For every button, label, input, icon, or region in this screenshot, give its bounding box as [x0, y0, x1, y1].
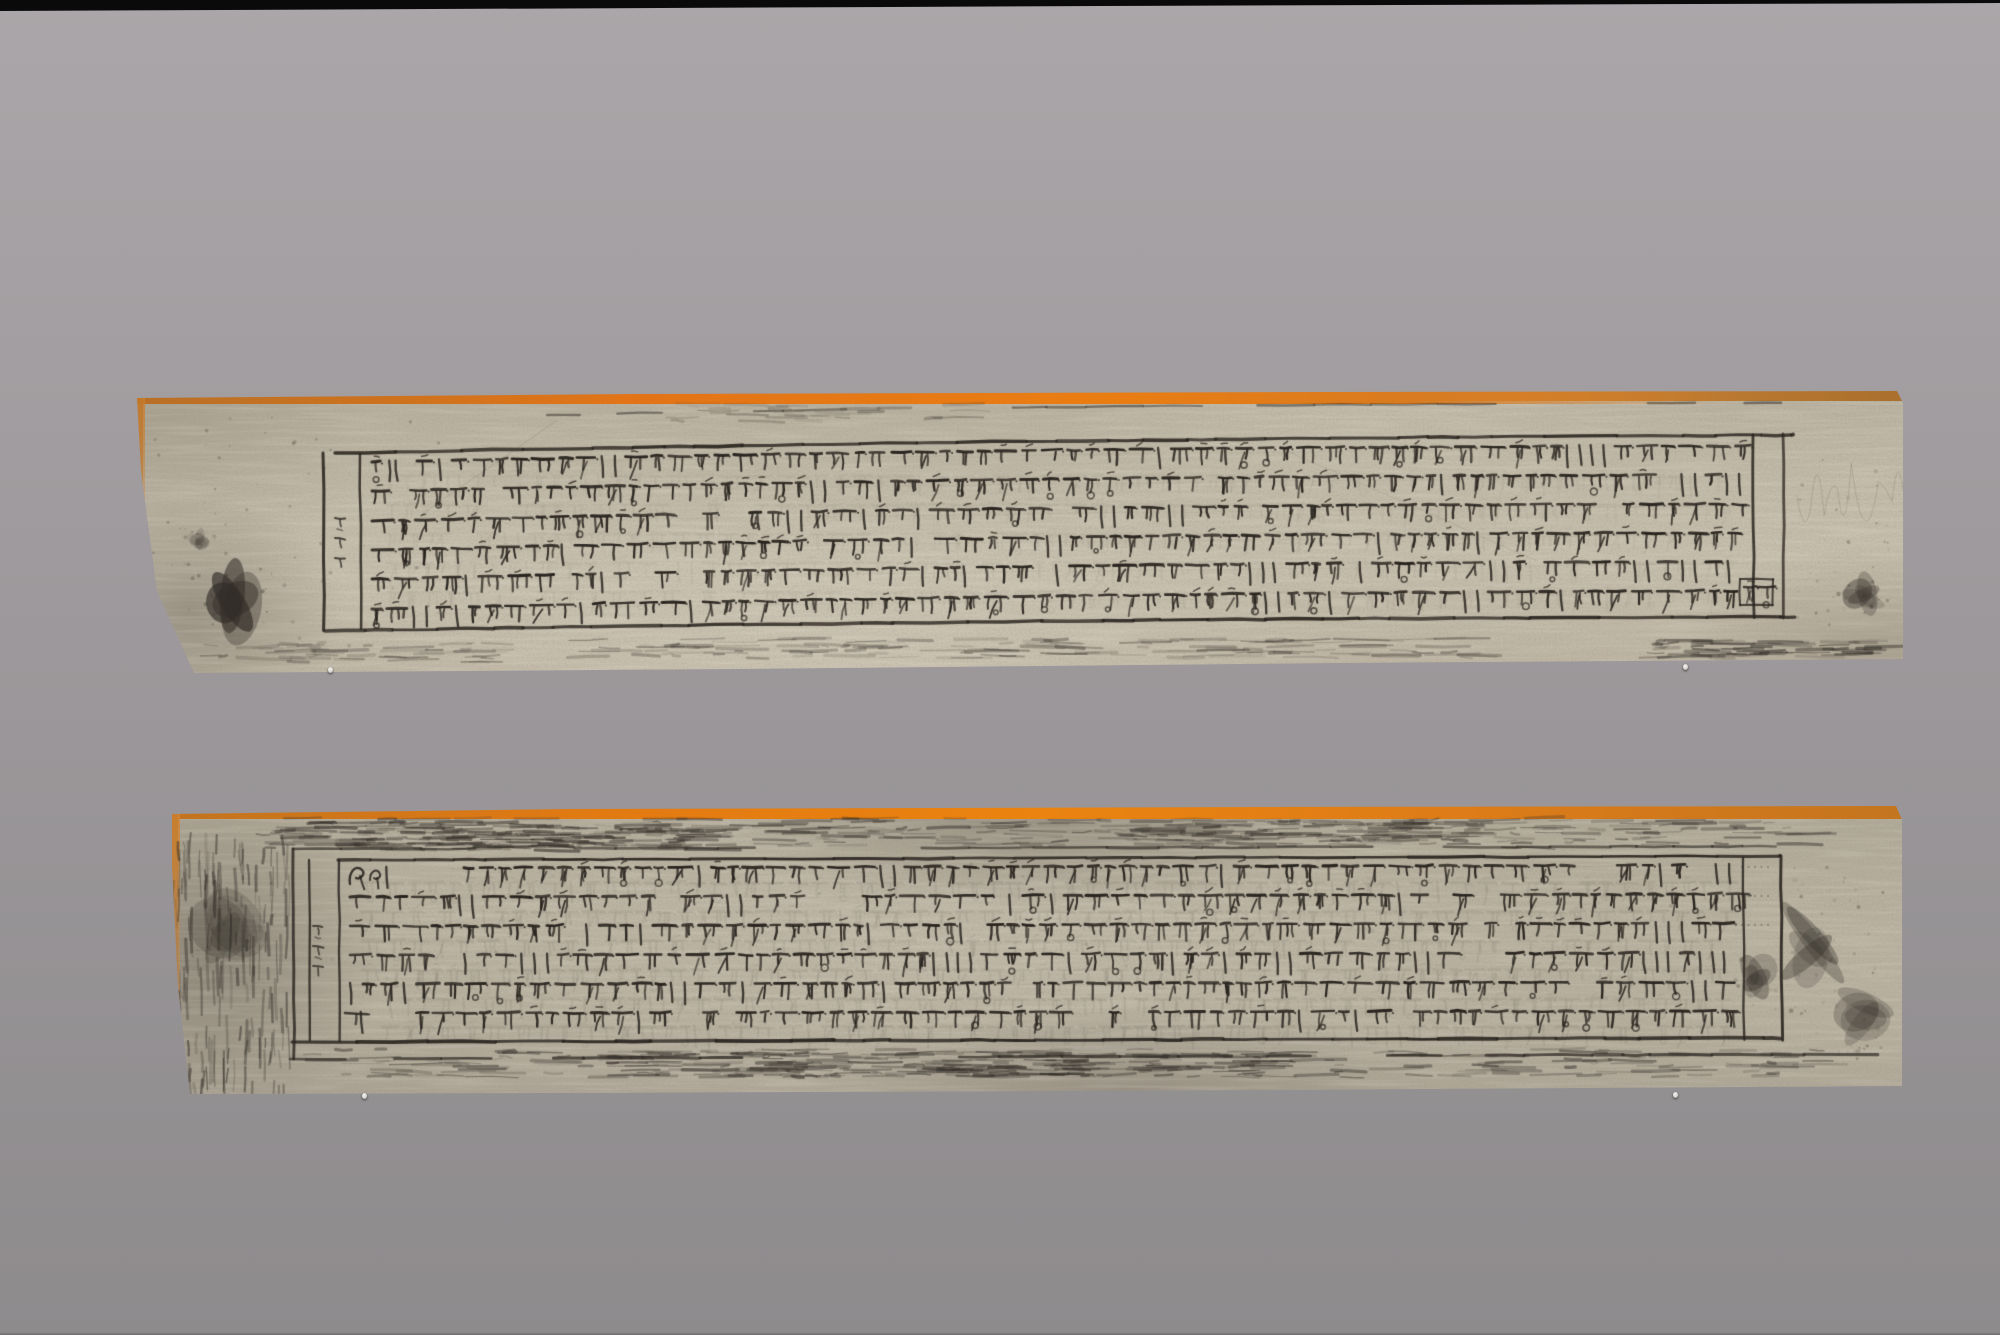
mounting-pin	[1673, 1092, 1678, 1098]
scan-edge-top-bar	[0, 0, 2000, 12]
mounting-pin	[362, 1093, 367, 1099]
lower-manuscript-leaf	[172, 806, 1902, 1094]
museum-photograph	[0, 0, 2000, 1335]
mounting-pin	[1683, 664, 1688, 670]
tibetan-text-block	[172, 806, 1902, 1094]
upper-manuscript-leaf	[137, 391, 1903, 673]
tibetan-text-block	[137, 391, 1903, 673]
mounting-pin	[328, 667, 333, 673]
